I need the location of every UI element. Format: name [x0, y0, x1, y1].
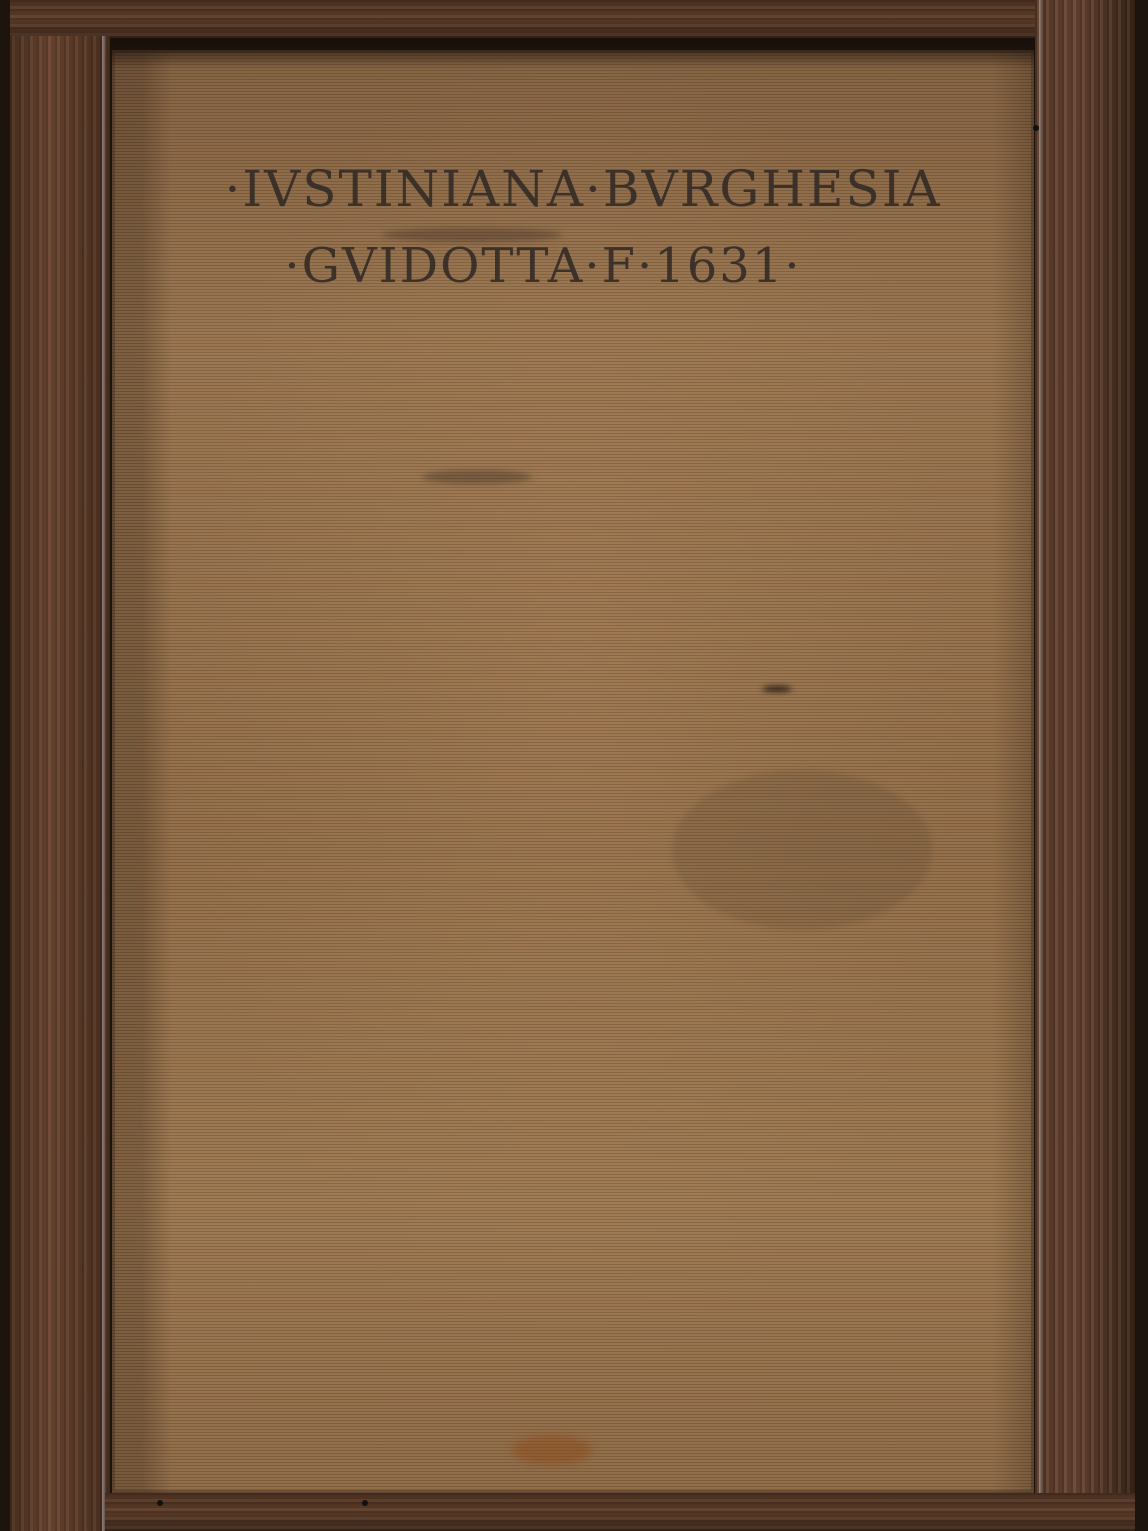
inscription-line-2: ·GVIDOTTA·F·1631·: [52, 238, 1034, 294]
stretcher-right-bar: [1035, 0, 1135, 1495]
nail-hole: [362, 1500, 368, 1506]
inscription-line-1: ·IVSTINIANA·BVRGHESIA: [132, 160, 1034, 218]
top-shadow: [110, 38, 1035, 68]
water-stain: [512, 1435, 592, 1465]
nail-hole: [157, 1500, 163, 1506]
painting-reverse-photo: ·IVSTINIANA·BVRGHESIA ·GVIDOTTA·F·1631·: [0, 0, 1148, 1531]
canvas-back: ·IVSTINIANA·BVRGHESIA ·GVIDOTTA·F·1631·: [112, 50, 1034, 1493]
ink-mark: [762, 686, 792, 692]
smudge: [382, 228, 562, 242]
stretcher-top-bar: [10, 0, 1040, 38]
nail-hole: [1033, 125, 1039, 131]
smudge: [422, 470, 532, 484]
stretcher-bottom-bar: [105, 1493, 1135, 1531]
shadow-stain: [672, 770, 932, 930]
